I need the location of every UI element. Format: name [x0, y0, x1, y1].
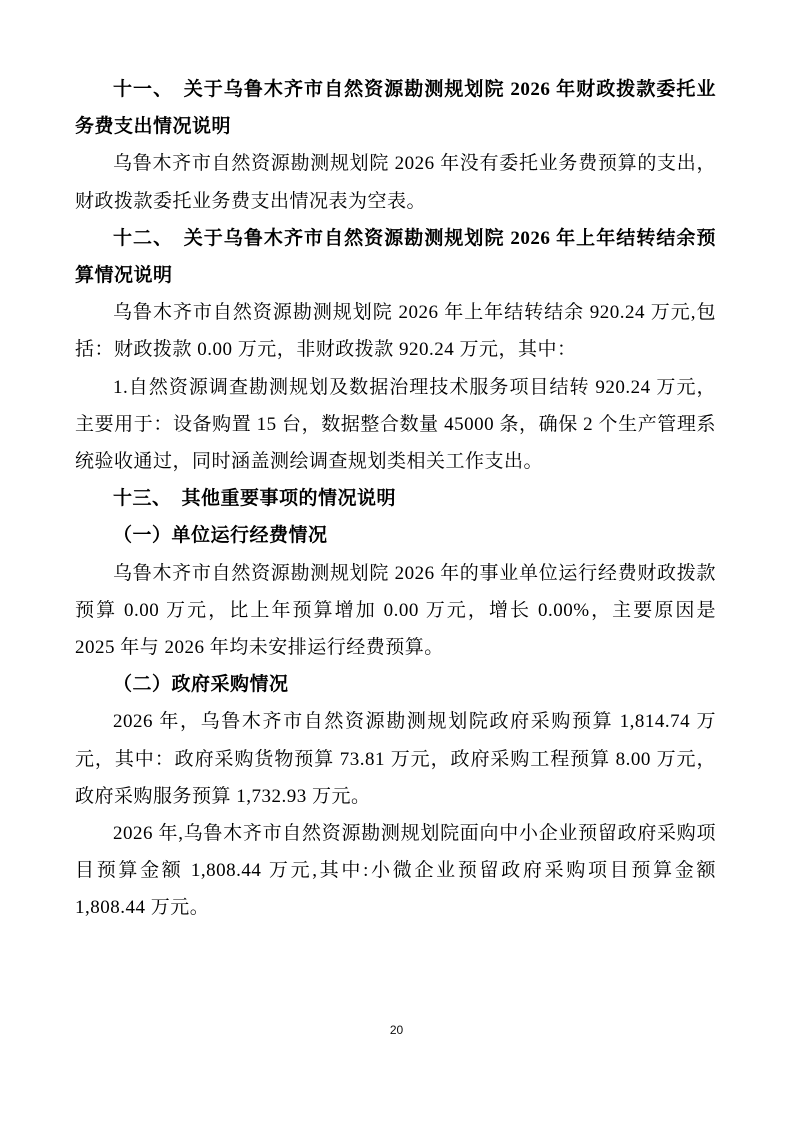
subsection-2-heading: （二）政府采购情况: [75, 666, 716, 703]
section-11-paragraph: 乌鲁木齐市自然资源勘测规划院 2026 年没有委托业务费预算的支出，财政拨款委托…: [75, 145, 716, 219]
section-12-paragraph-2: 1.自然资源调查勘测规划及数据治理技术服务项目结转 920.24 万元，主要用于…: [75, 369, 716, 481]
section-12-heading: 十二、 关于乌鲁木齐市自然资源勘测规划院 2026 年上年结转结余预算情况说明: [75, 220, 716, 294]
section-11-heading: 十一、 关于乌鲁木齐市自然资源勘测规划院 2026 年财政拨款委托业务费支出情况…: [75, 71, 716, 145]
document-body: 十一、 关于乌鲁木齐市自然资源勘测规划院 2026 年财政拨款委托业务费支出情况…: [75, 71, 716, 927]
page-footer: 20: [0, 1022, 793, 1038]
page-number: 20: [390, 1023, 403, 1037]
section-13-heading: 十三、 其他重要事项的情况说明: [75, 480, 716, 517]
subsection-2-paragraph-1: 2026 年，乌鲁木齐市自然资源勘测规划院政府采购预算 1,814.74 万元，…: [75, 703, 716, 815]
subsection-1-paragraph: 乌鲁木齐市自然资源勘测规划院 2026 年的事业单位运行经费财政拨款预算 0.0…: [75, 555, 716, 667]
subsection-2-paragraph-2: 2026 年,乌鲁木齐市自然资源勘测规划院面向中小企业预留政府采购项目预算金额 …: [75, 815, 716, 927]
subsection-1-heading: （一）单位运行经费情况: [75, 517, 716, 554]
document-page: 十一、 关于乌鲁木齐市自然资源勘测规划院 2026 年财政拨款委托业务费支出情况…: [0, 0, 793, 1122]
section-12-paragraph-1: 乌鲁木齐市自然资源勘测规划院 2026 年上年结转结余 920.24 万元,包括…: [75, 294, 716, 368]
